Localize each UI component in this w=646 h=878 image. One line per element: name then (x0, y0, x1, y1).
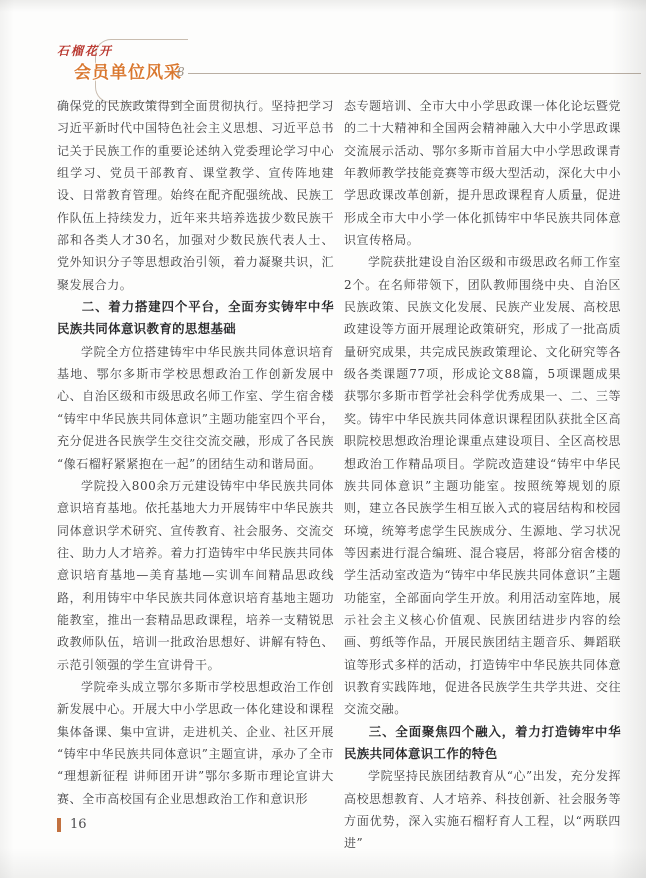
paragraph-continuation: 态专题培训、全市大中小学思政课一体化论坛暨党的二十大精神和全国两会精神融入大中小… (344, 95, 621, 251)
page-number: 16 (70, 817, 87, 832)
scanned-magazine-page: 石榴花开 会员单位风采 8 确保党的民族政策得到全面贯彻执行。坚持把学习习近平新… (0, 0, 646, 878)
paragraph: 学院坚持民族团结教育从“心”出发，充分发挥高校思想教育、人才培养、科技创新、社会… (344, 765, 621, 854)
scan-edge-shadow-top (0, 0, 646, 12)
header-section-title: 会员单位风采 (71, 57, 185, 84)
right-column: 态专题培训、全市大中小学思政课一体化论坛暨党的二十大精神和全国两会精神融入大中小… (344, 95, 621, 855)
paragraph: 学院获批建设自治区级和市级思政名师工作室2个。在名师带领下，团队教师围绕中央、自… (344, 251, 621, 720)
section-heading-2: 二、着力搭建四个平台，全面夯实铸牢中华民族共同体意识教育的思想基础 (57, 296, 334, 341)
paragraph-continuation: 确保党的民族政策得到全面贯彻执行。坚持把学习习近平新时代中国特色社会主义思想、习… (57, 95, 334, 296)
page-number-accent-bar (57, 818, 61, 832)
page-header: 石榴花开 会员单位风采 8 (0, 36, 646, 102)
header-ornament-glyph: 8 (177, 65, 185, 79)
paragraph: 学院投入800余万元建设铸牢中华民族共同体意识培育基地。依托基地大力开展铸牢中华… (57, 475, 334, 676)
section-heading-3: 三、全面聚焦四个融入，着力打造铸牢中华民族共同体意识工作的特色 (344, 721, 621, 766)
two-column-text-body: 确保党的民族政策得到全面贯彻执行。坚持把学习习近平新时代中国特色社会主义思想、习… (57, 95, 621, 855)
paragraph: 学院全方位搭建铸牢中华民族共同体意识培育基地、鄂尔多斯市学校思想政治工作创新发展… (57, 341, 334, 475)
scan-edge-shadow-left (0, 0, 14, 878)
page-footer: 16 (57, 817, 87, 832)
left-column: 确保党的民族政策得到全面贯彻执行。坚持把学习习近平新时代中国特色社会主义思想、习… (57, 95, 334, 855)
paragraph: 学院牵头成立鄂尔多斯市学校思想政治工作创新发展中心。开展大中小学思政一体化建设和… (57, 676, 334, 810)
header-divider-line (188, 73, 641, 74)
